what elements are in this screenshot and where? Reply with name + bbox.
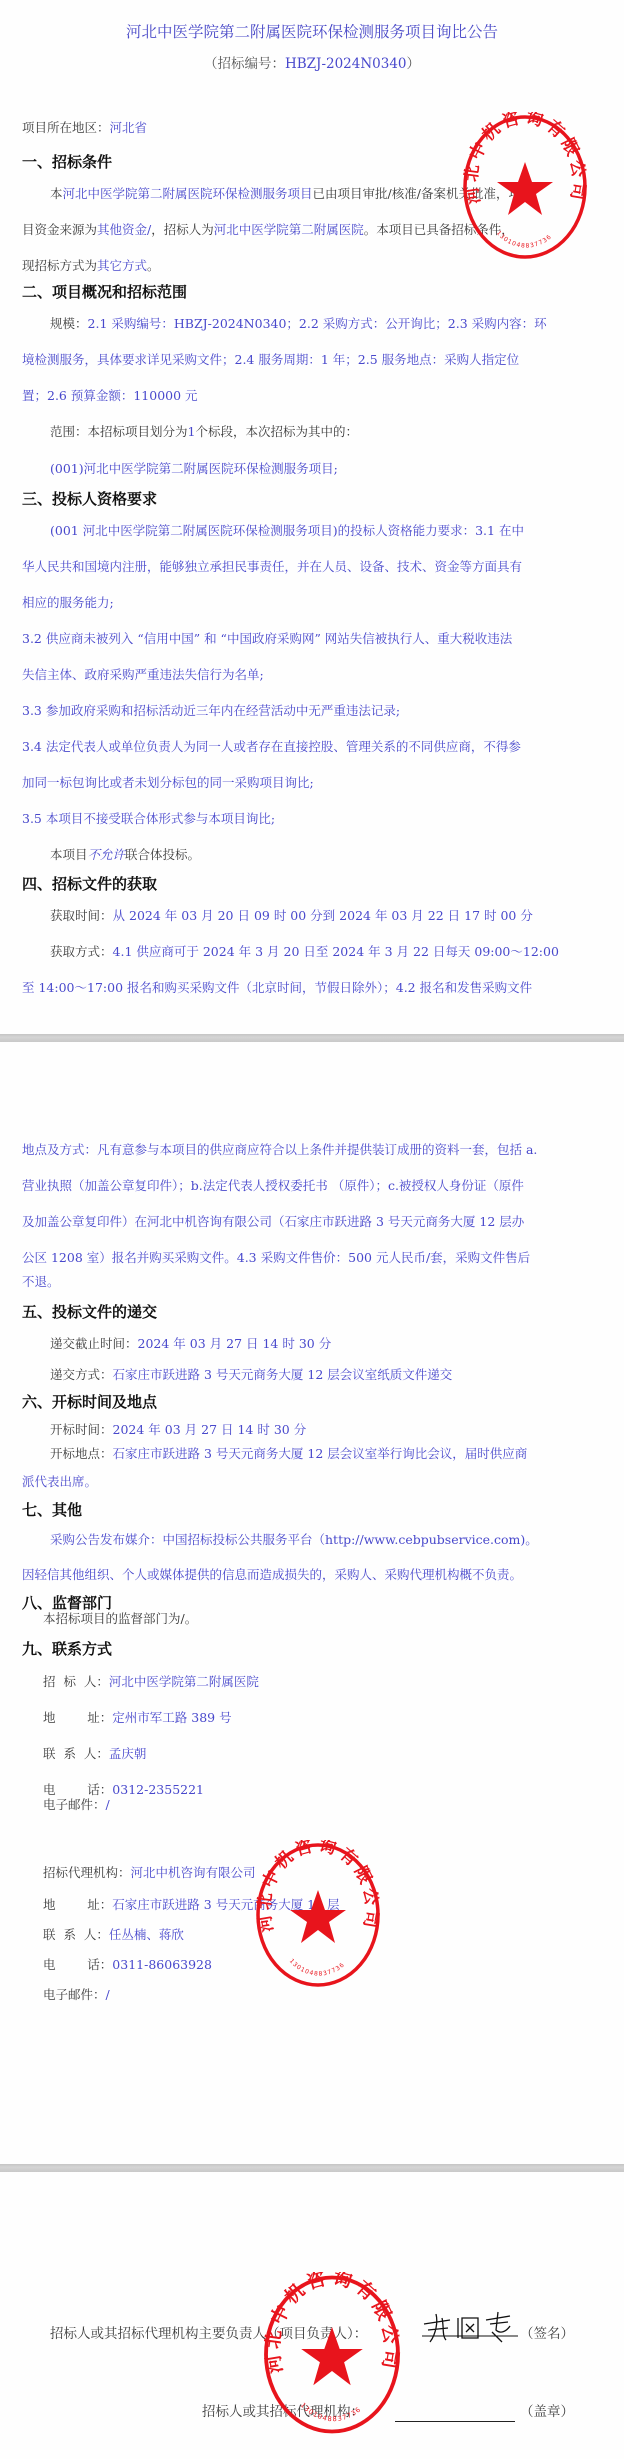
label: 招标代理机构： <box>43 1865 131 1880</box>
label: 获取方式： <box>50 944 113 959</box>
label: 递交截止时间： <box>50 1336 138 1351</box>
s7-line-2: 因轻信其他组织、个人或媒体提供的信息而造成损失的，采购人、采购代理机构概不负责。 <box>22 1567 522 1583</box>
value: 2024 年 03 月 27 日 14 时 30 分 <box>138 1336 332 1351</box>
s1-line-2: 目资金来源为其他资金/，招标人为河北中医学院第二附属医院。本项目已具备招标条件， <box>22 222 514 238</box>
seal-line <box>395 2421 515 2422</box>
region-value: 河北省 <box>110 120 148 135</box>
section-3-heading: 三、投标人资格要求 <box>22 488 157 509</box>
value: 0311-86063928 <box>112 1957 212 1972</box>
label: 电 话： <box>43 1957 112 1972</box>
tender-number-code: HBZJ-2024N0340 <box>285 56 407 72</box>
text: 范围：本招标项目划分为 <box>50 424 188 439</box>
handwritten-signature-icon <box>420 2310 520 2346</box>
s4-method-2: 至 14:00～17:00 报名和购买采购文件（北京时间，节假日除外）；4.2 … <box>22 980 532 996</box>
s4-method-3: 地点及方式：凡有意参与本项目的供应商应符合以上条件并提供装订成册的资料一套，包括… <box>22 1142 537 1158</box>
label: 联 系 人： <box>43 1927 109 1942</box>
agency-phone-row: 电 话：0311-86063928 <box>43 1957 212 1973</box>
section-9-heading: 九、联系方式 <box>22 1638 112 1659</box>
section-2-heading: 二、项目概况和招标范围 <box>22 281 187 302</box>
s4-time: 获取时间：从 2024 年 03 月 20 日 09 时 00 分到 2024 … <box>50 908 533 924</box>
page-separator <box>0 1034 624 1042</box>
text: 。 <box>147 258 160 273</box>
company-seal-icon: 河北中机咨询有限公司 1301048837736 <box>257 2272 407 2437</box>
s4-method-5: 及加盖公章复印件）在河北中机咨询有限公司（石家庄市跃进路 3 号天元商务大厦 1… <box>22 1214 524 1230</box>
region-line: 项目所在地区：河北省 <box>22 120 147 136</box>
value: 4.1 供应商可于 2024 年 3 月 20 日至 2024 年 3 月 22… <box>113 944 559 959</box>
label: 电 话： <box>43 1782 112 1797</box>
label: 地 址： <box>43 1897 112 1912</box>
tender-method: 其它方式 <box>97 258 147 273</box>
seal-suffix: （盖章） <box>520 2404 574 2420</box>
label: 地 址： <box>43 1710 112 1725</box>
svg-text:1301048837736: 1301048837736 <box>299 2401 363 2423</box>
s3-line: 3.3 参加政府采购和招标活动近三年内在经营活动中无严重违法记录; <box>22 703 400 719</box>
s3-line: 3.2 供应商未被列入 “信用中国” 和 “中国政府采购网” 网站失信被执行人、… <box>22 631 512 647</box>
text: 个标段，本次招标为其中的： <box>195 424 358 439</box>
section-7-heading: 七、其他 <box>22 1499 82 1520</box>
text: 目资金来源为 <box>22 222 97 237</box>
value: 任丛楠、蒋欣 <box>109 1927 184 1942</box>
label: 获取时间： <box>50 908 113 923</box>
tender-number-prefix: （招标编号： <box>204 56 285 72</box>
svg-text:1301048837736: 1301048837736 <box>288 1958 347 1978</box>
company-seal-icon: 河北中机咨询有限公司 1301048837736 <box>243 1840 393 1990</box>
region-label: 项目所在地区： <box>22 120 110 135</box>
agency-email-row: 电子邮件：/ <box>43 1987 110 2003</box>
tender-number-suffix: ） <box>407 56 421 72</box>
s6-place-2: 派代表出席。 <box>22 1474 97 1490</box>
s3-line: (001 河北中医学院第二附属医院环保检测服务项目)的投标人资格能力要求：3.1… <box>50 523 524 539</box>
text: 现招标方式为 <box>22 258 97 273</box>
s3-line: 华人民共和国境内注册，能够独立承担民事责任，并在人员、设备、技术、资金等方面具有 <box>22 559 522 575</box>
s5-method: 递交方式：石家庄市跃进路 3 号天元商务大厦 12 层会议室纸质文件递交 <box>50 1367 452 1383</box>
text: 联合体投标。 <box>125 847 200 862</box>
value: / <box>106 1797 110 1812</box>
s4-method-4: 营业执照（加盖公章复印件）；b.法定代表人授权委托书 （原件）；c.被授权人身份… <box>22 1178 524 1194</box>
label: 开标时间： <box>50 1422 113 1437</box>
s3-line: 相应的服务能力; <box>22 595 114 611</box>
label: 电子邮件： <box>43 1797 106 1812</box>
section-8-heading: 八、监督部门 <box>22 1592 112 1613</box>
s4-method-6: 公区 1208 室）报名并购买采购文件。4.3 采购文件售价：500 元人民币/… <box>22 1250 530 1266</box>
s4-method-1: 获取方式：4.1 供应商可于 2024 年 3 月 20 日至 2024 年 3… <box>50 944 559 960</box>
label: 联 系 人： <box>43 1746 109 1761</box>
s3-line: 3.5 本项目不接受联合体形式参与本项目询比; <box>22 811 275 827</box>
s5-deadline: 递交截止时间：2024 年 03 月 27 日 14 时 30 分 <box>50 1336 331 1352</box>
svg-text:1301048837736: 1301048837736 <box>495 230 554 250</box>
label: 递交方式： <box>50 1367 113 1382</box>
value: 河北中医学院第二附属医院 <box>109 1674 259 1689</box>
s4-method-7: 不退。 <box>22 1274 60 1290</box>
section-4-heading: 四、招标文件的获取 <box>22 873 157 894</box>
agency-name-row: 招标代理机构：河北中机咨询有限公司 <box>43 1865 256 1881</box>
tenderer-phone-row: 电 话：0312-2355221 <box>43 1782 204 1798</box>
s2-scale-line-1: 规模：2.1 采购编号：HBZJ-2024N0340；2.2 采购方式：公开询比… <box>50 316 547 332</box>
tenderer-address-row: 地 址：定州市军工路 389 号 <box>43 1710 232 1726</box>
tenderer-email-row: 电子邮件：/ <box>43 1797 110 1813</box>
section-5-heading: 五、投标文件的递交 <box>22 1301 157 1322</box>
page-1: 河北中医学院第二附属医院环保检测服务项目询比公告 （招标编号：HBZJ-2024… <box>0 0 624 1034</box>
value: 0312-2355221 <box>112 1782 204 1797</box>
label: 电子邮件： <box>43 1987 106 2002</box>
s6-place-1: 开标地点：石家庄市跃进路 3 号天元商务大厦 12 层会议室举行询比会议，届时供… <box>50 1446 527 1462</box>
s1-line-3: 现招标方式为其它方式。 <box>22 258 160 274</box>
label: 招 标 人： <box>43 1674 109 1689</box>
project-name: 河北中医学院第二附属医院环保检测服务项目 <box>63 186 313 201</box>
value: 从 2024 年 03 月 20 日 09 时 00 分到 2024 年 03 … <box>113 908 533 923</box>
fund-source: 其他资金/ <box>97 222 151 237</box>
tenderer-contact-row: 联 系 人：孟庆朝 <box>43 1746 146 1762</box>
document-title: 河北中医学院第二附属医院环保检测服务项目询比公告 <box>0 20 624 42</box>
tenderer-name-row: 招 标 人：河北中医学院第二附属医院 <box>43 1674 259 1690</box>
s3-line: 3.4 法定代表人或单位负责人为同一人或者存在直接控股、管理关系的不同供应商，不… <box>22 739 521 755</box>
text: ，招标人为 <box>151 222 214 237</box>
value: 2024 年 03 月 27 日 14 时 30 分 <box>113 1422 307 1437</box>
consortium-flag: 不允许 <box>88 847 126 862</box>
s8-line: 本招标项目的监督部门为/。 <box>43 1611 197 1627</box>
section-1-heading: 一、招标条件 <box>22 151 112 172</box>
s3-line: 加同一标包询比或者未划分标包的同一采购项目询比; <box>22 775 314 791</box>
value: 石家庄市跃进路 3 号天元商务大厦 12 层会议室举行询比会议，届时供应商 <box>113 1446 528 1461</box>
s2-lot: (001)河北中医学院第二附属医院环保检测服务项目; <box>50 461 338 477</box>
value: / <box>106 1987 110 2002</box>
value: 河北中机咨询有限公司 <box>131 1865 256 1880</box>
text: 本项目 <box>50 847 88 862</box>
page-2: 地点及方式：凡有意参与本项目的供应商应符合以上条件并提供装订成册的资料一套，包括… <box>0 1042 624 2164</box>
s2-scope: 范围：本招标项目划分为1个标段，本次招标为其中的： <box>50 424 358 440</box>
s3-consortium: 本项目不允许联合体投标。 <box>50 847 200 863</box>
value: 定州市军工路 389 号 <box>112 1710 231 1725</box>
value: 孟庆朝 <box>109 1746 147 1761</box>
s2-scale-line-3: 置；2.6 预算金额：110000 元 <box>22 388 198 404</box>
s7-line-1: 采购公告发布媒介：中国招标投标公共服务平台（http://www.cebpubs… <box>50 1532 538 1548</box>
text: 本 <box>50 186 63 201</box>
scale-value: 2.1 采购编号：HBZJ-2024N0340；2.2 采购方式：公开询比；2.… <box>88 316 547 331</box>
s2-scale-line-2: 境检测服务，具体要求详见采购文件；2.4 服务周期：1 年；2.5 服务地点：采… <box>22 352 519 368</box>
tenderer-name: 河北中医学院第二附属医院 <box>214 222 364 237</box>
s6-time: 开标时间：2024 年 03 月 27 日 14 时 30 分 <box>50 1422 306 1438</box>
value: 石家庄市跃进路 3 号天元商务大厦 12 层会议室纸质文件递交 <box>113 1367 453 1382</box>
s3-line: 失信主体、政府采购严重违法失信行为名单; <box>22 667 264 683</box>
scale-label: 规模： <box>50 316 88 331</box>
s1-line-1: 本河北中医学院第二附属医院环保检测服务项目已由项目审批/核准/备案机关批准，项 <box>50 186 521 202</box>
page-3: 招标人或其招标代理机构主要负责人（项目负责人）： （签名） 招标人或其招标代理机… <box>0 2172 624 2459</box>
label: 开标地点： <box>50 1446 113 1461</box>
tender-number: （招标编号：HBZJ-2024N0340） <box>0 52 624 72</box>
agency-contact-row: 联 系 人：任丛楠、蒋欣 <box>43 1927 184 1943</box>
page-separator <box>0 2164 624 2172</box>
signature-suffix: （签名） <box>520 2326 574 2342</box>
section-6-heading: 六、开标时间及地点 <box>22 1391 157 1412</box>
company-seal-icon: 河北中机咨询有限公司 1301048837736 <box>460 112 590 262</box>
